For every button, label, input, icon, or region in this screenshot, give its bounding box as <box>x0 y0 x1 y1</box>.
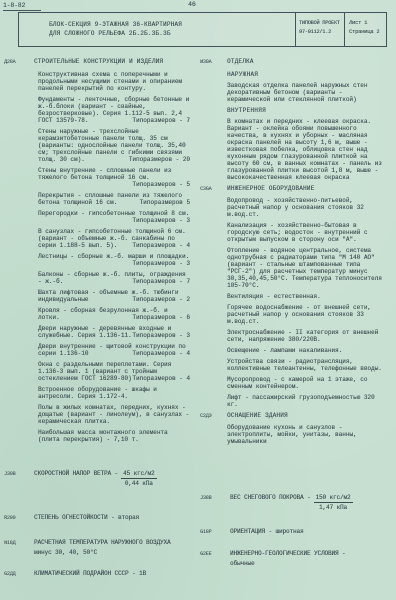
geology-code: G2ЕЕ <box>200 550 230 567</box>
paragraph: В санузлах - гипсобетонные толщиной 6 см… <box>38 228 190 249</box>
finishing-section-heading: И30А ОТДЕЛКА <box>200 58 396 66</box>
block-section-title-line2: ДЛЯ СЛОЖНОГО РЕЛЬЕФА 2Б.2Б.3Б.3Б <box>49 29 293 38</box>
two-column-body: Д28А СТРОИТЕЛЬНЫЕ КОНСТРУКЦИИ И ИЗДЕЛИЯ … <box>0 58 396 449</box>
left-column: Д28А СТРОИТЕЛЬНЫЕ КОНСТРУКЦИИ И ИЗДЕЛИЯ … <box>0 58 196 449</box>
project-label: ТИПОВОЙ ПРОЕКТ <box>299 19 343 28</box>
fire-resistance-label: СТЕПЕНЬ ОГНЕСТОЙКОСТИ - вторая <box>34 514 194 522</box>
snow-load-code: J38В <box>200 494 230 511</box>
right-column: И30А ОТДЕЛКА НАРУЖНАЯ Заводская отделка … <box>196 58 396 449</box>
left-section-code: Д28А <box>4 58 34 66</box>
orientation-label: ОРИЕНТАЦИЯ - широтная <box>230 528 392 536</box>
paragraph: Двери наружные - деревянные входные и сл… <box>38 325 190 339</box>
snow-load-item: J38В ВЕС СНЕГОВОГО ПОКРОВА -150 кгс/м21,… <box>200 494 392 511</box>
design-temperature-values: минус 30, 40, 50°С <box>34 549 194 556</box>
equipment-section-body: Оборудование кухонь и санузлов - электро… <box>200 424 396 445</box>
finishing-section-code: И30А <box>200 58 227 66</box>
left-footer-parameters: J30В СКОРОСТНОЙ НАПОР ВЕТРА -45 кгс/м20,… <box>4 470 194 578</box>
engineering-section-heading: C3GA ИНЖЕНЕРНОЕ ОБОРУДОВАНИЕ <box>200 185 396 193</box>
left-section-heading: Д28А СТРОИТЕЛЬНЫЕ КОНСТРУКЦИИ И ИЗДЕЛИЯ <box>4 58 196 66</box>
paragraph: Стены внутренние - сплошные панели из тя… <box>38 167 190 188</box>
finishing-section-title: ОТДЕЛКА <box>227 58 254 66</box>
paragraph: Вентиляция - естественная. <box>227 293 388 300</box>
page-label: Страница 2 <box>349 28 386 37</box>
sheet-number: Лист 1 <box>349 19 386 28</box>
fire-resistance-code: R200 <box>4 514 34 522</box>
design-temperature-label: РАСЧЕТНАЯ ТЕМПЕРАТУРА НАРУЖНОГО ВОЗДУХА <box>34 539 171 546</box>
paragraph: Водопровод - хозяйственно-питьевой, расч… <box>227 197 388 218</box>
climate-subregion-item: G2ДД КЛИМАТИЧЕСКИЙ ПОДРАЙОН СССР - 1В <box>4 570 194 578</box>
paragraph: Устройства связи - радиотрансляция, колл… <box>227 358 388 372</box>
wind-pressure-code: J30В <box>4 470 34 487</box>
finishing-section-body: НАРУЖНАЯ Заводская отделка панелей наруж… <box>200 71 396 181</box>
climate-subregion-label: КЛИМАТИЧЕСКИЙ ПОДРАЙОН СССР - 1В <box>34 570 194 578</box>
paragraph: Электроснабжение - II категория от внешн… <box>227 329 388 343</box>
exterior-subheading: НАРУЖНАЯ <box>227 71 388 78</box>
equipment-section-code: С2ДЭ <box>200 412 227 420</box>
paragraph: В комнатах и передних - клеевая окраска.… <box>227 118 388 181</box>
right-footer-parameters: J38В ВЕС СНЕГОВОГО ПОКРОВА -150 кгс/м21,… <box>200 494 392 567</box>
geology-label: ИНЖЕНЕРНО-ГЕОЛОГИЧЕСКИЕ УСЛОВИЯ - <box>230 550 346 557</box>
paragraph: Наибольшая масса монтажного элемента (пл… <box>38 429 190 443</box>
left-section-body: Конструктивная схема с поперечными и про… <box>4 71 196 443</box>
paragraph: Конструктивная схема с поперечными и про… <box>38 71 190 92</box>
engineering-section-body: Водопровод - хозяйственно-питьевой, расч… <box>200 197 396 408</box>
project-number: 97-0112/1.2 <box>299 28 343 37</box>
snow-load-label: ВЕС СНЕГОВОГО ПОКРОВА - <box>230 494 311 501</box>
equipment-section-title: ОСНАЩЕНИЕ ЗДАНИЯ <box>227 412 288 420</box>
fire-resistance-item: R200 СТЕПЕНЬ ОГНЕСТОЙКОСТИ - вторая <box>4 514 194 522</box>
geology-item: G2ЕЕ ИНЖЕНЕРНО-ГЕОЛОГИЧЕСКИЕ УСЛОВИЯ -об… <box>200 550 392 567</box>
paragraph: Лифт - пассажирский грузоподъемностью 32… <box>227 394 388 408</box>
paragraph: Лестницы - сборные ж.-б. марши и площадк… <box>38 253 190 267</box>
paragraph: Перекрытия - сплошные панели из тяжелого… <box>38 192 190 206</box>
paragraph: Двери внутренние - щитовой конструкции п… <box>38 343 190 357</box>
design-temperature-code: N18Д <box>4 539 34 556</box>
snow-load-value: 150 кгс/м21,47 кПа <box>314 494 353 511</box>
geology-value: обычные <box>230 560 392 567</box>
page-number: 46 <box>188 1 196 8</box>
paragraph: Стены наружные - трехслойные керамзитобе… <box>38 128 190 163</box>
title-block-name-cell: БЛОК-СЕКЦИЯ 9-ЭТАЖНАЯ 36-КВАРТИРНАЯ ДЛЯ … <box>19 13 295 46</box>
paragraph: Горячее водоснабжение - от внешней сети,… <box>227 304 388 325</box>
wind-pressure-value: 45 кгс/м20,44 кПа <box>121 470 157 487</box>
paragraph: Канализация - хозяйственно-бытовая в гор… <box>227 222 388 243</box>
engineering-section-code: C3GA <box>200 185 227 193</box>
paragraph: Фундаменты - ленточные, сборные бетонные… <box>38 96 190 124</box>
engineering-section-title: ИНЖЕНЕРНОЕ ОБОРУДОВАНИЕ <box>227 185 314 193</box>
block-section-title-line1: БЛОК-СЕКЦИЯ 9-ЭТАЖНАЯ 36-КВАРТИРНАЯ <box>49 20 293 29</box>
wind-pressure-item: J30В СКОРОСТНОЙ НАПОР ВЕТРА -45 кгс/м20,… <box>4 470 194 487</box>
paragraph: Оборудование кухонь и санузлов - электро… <box>227 424 388 445</box>
title-block-project-cell: ТИПОВОЙ ПРОЕКТ 97-0112/1.2 <box>295 13 344 46</box>
interior-subheading: ВНУТРЕННЯЯ <box>227 107 388 114</box>
scanned-document-page: 1-8-82 46 БЛОК-СЕКЦИЯ 9-ЭТАЖНАЯ 36-КВАРТ… <box>0 0 396 600</box>
left-section-title: СТРОИТЕЛЬНЫЕ КОНСТРУКЦИИ И ИЗДЕЛИЯ <box>34 58 163 66</box>
climate-subregion-code: G2ДД <box>4 570 34 578</box>
title-block-sheet-cell: Лист 1 Страница 2 <box>344 13 386 46</box>
doc-code: 1-8-82 <box>3 2 41 11</box>
paragraph: Освещение - лампами накаливания. <box>227 347 388 354</box>
paragraph: Шахта лифтовая - объемные ж.-б. тюбинги … <box>38 289 190 303</box>
orientation-item: G18Р ОРИЕНТАЦИЯ - широтная <box>200 528 392 536</box>
paragraph: Заводская отделка панелей наружных стен … <box>227 82 388 103</box>
paragraph: Кровля - сборная безрулонная ж.-б. и лот… <box>38 307 190 321</box>
equipment-section-heading: С2ДЭ ОСНАЩЕНИЕ ЗДАНИЯ <box>200 412 396 420</box>
title-block: БЛОК-СЕКЦИЯ 9-ЭТАЖНАЯ 36-КВАРТИРНАЯ ДЛЯ … <box>18 12 387 47</box>
design-temperature-item: N18Д РАСЧЕТНАЯ ТЕМПЕРАТУРА НАРУЖНОГО ВОЗ… <box>4 539 194 556</box>
paragraph: Окна с раздельными переплетами. Серия 1.… <box>38 361 190 382</box>
paragraph: Отопление - водяное центральное, система… <box>227 247 388 289</box>
wind-pressure-label: СКОРОСТНОЙ НАПОР ВЕТРА - <box>34 470 118 477</box>
paragraph: Встроенное оборудование - шкафы и антрес… <box>38 386 190 400</box>
orientation-code: G18Р <box>200 528 230 536</box>
paragraph: Перегородки - гипсобетонные толщиной 8 с… <box>38 210 190 224</box>
paragraph: Балконы - сборные ж.-б. плиты, ограждени… <box>38 271 190 285</box>
paragraph: Мусоропровод - с камерой на 1 этаже, со … <box>227 376 388 390</box>
paragraph: Полы в жилых комнатах, передних, кухнях … <box>38 404 190 425</box>
